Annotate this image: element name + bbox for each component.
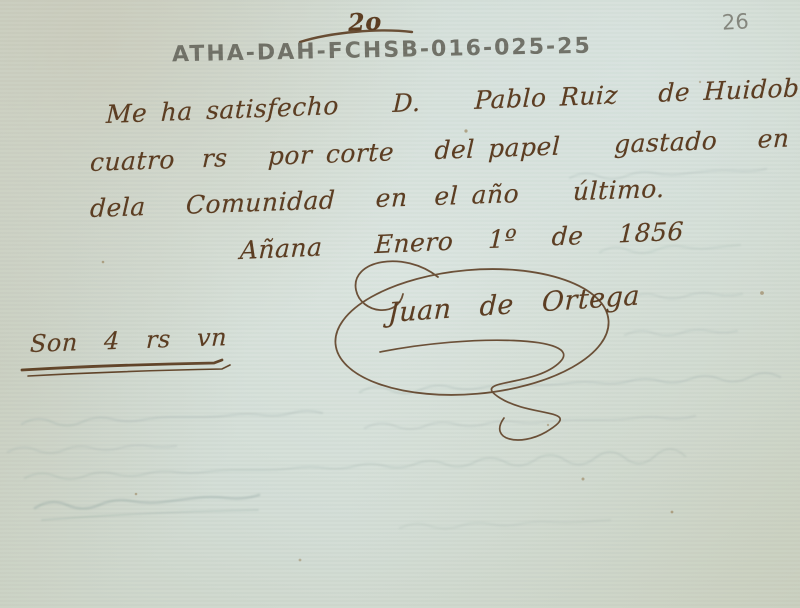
amount-underline-stroke-2 [28,365,230,376]
amount-underline-stroke [22,360,222,370]
folio-number-ink: 2o [347,6,382,37]
archive-reference-code: ATHA-DAH-FCHSB-016-025-25 [172,34,592,68]
signature-name: Juan de Ortega [387,280,640,329]
body-line-1: Me ha satisfecho D. Pablo Ruiz de Huidob… [106,72,800,129]
dateline: Añana Enero 1º de 1856 [239,217,684,265]
body-line-2: cuatro rs por corte del papel gastado en… [89,120,800,177]
folio-number-pencil: 26 [721,9,749,34]
body-line-3: dela Comunidad en el año último. [89,174,665,223]
manuscript-page: 2o ATHA-DAH-FCHSB-016-025-25 26 Me ha sa… [0,0,800,608]
amount-note: Son 4 rs vn [30,323,228,358]
